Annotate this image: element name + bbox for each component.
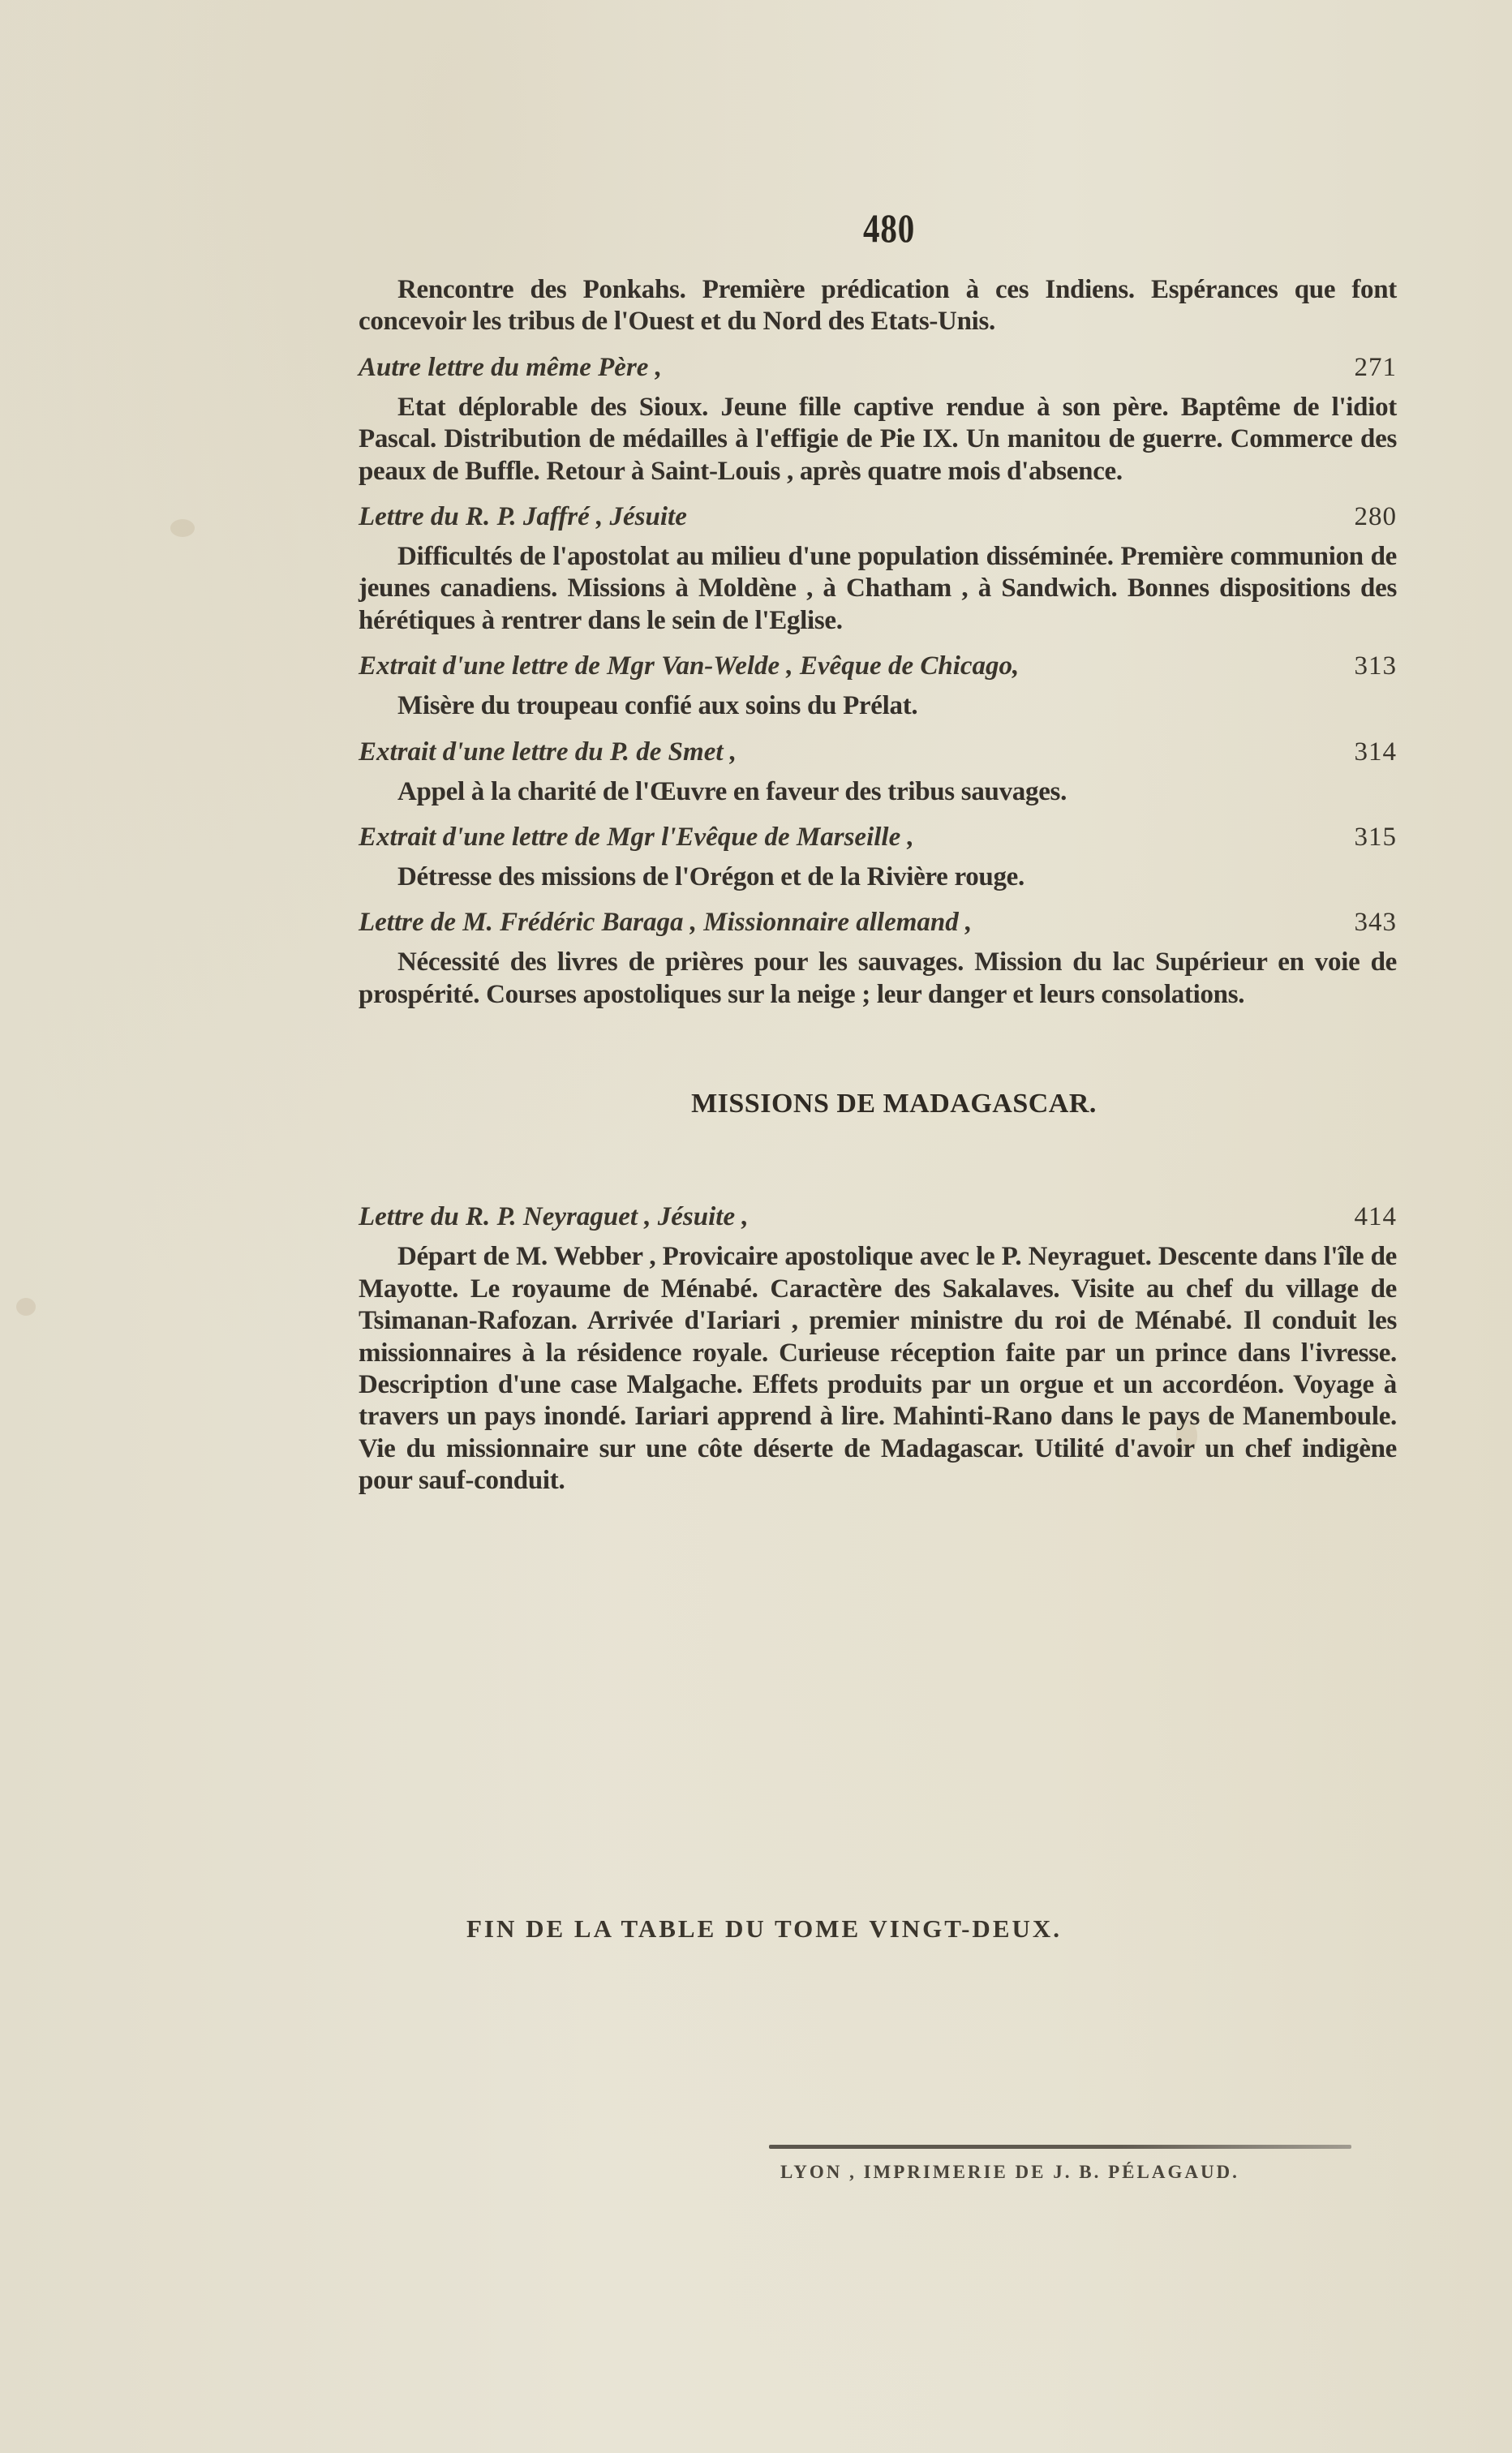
toc-summary: Misère du troupeau confié aux soins du P… bbox=[359, 690, 1397, 722]
toc-entry-title: Autre lettre du même Père , bbox=[359, 351, 662, 384]
toc-entry-page: 414 bbox=[1355, 1201, 1398, 1233]
toc-entry-title: Extrait d'une lettre de Mgr l'Evêque de … bbox=[359, 821, 914, 853]
toc-entry-title: Lettre de M. Frédéric Baraga , Missionna… bbox=[359, 906, 972, 939]
toc-entry-title: Lettre du R. P. Neyraguet , Jésuite , bbox=[359, 1201, 749, 1233]
toc-entry: Autre lettre du même Père , 271 bbox=[359, 351, 1397, 384]
toc-entry-title: Extrait d'une lettre de Mgr Van-Welde , … bbox=[359, 650, 1019, 682]
toc-entry: Lettre de M. Frédéric Baraga , Missionna… bbox=[359, 906, 1397, 939]
page-number-text: 480 bbox=[664, 204, 915, 251]
toc-entry: Extrait d'une lettre du P. de Smet , 314 bbox=[359, 736, 1397, 768]
toc-entry-page: 313 bbox=[1355, 650, 1398, 682]
toc-summary: Départ de M. Webber , Provicaire apostol… bbox=[359, 1241, 1397, 1497]
toc-entry: Lettre du R. P. Jaffré , Jésuite 280 bbox=[359, 500, 1397, 533]
paper-stain bbox=[16, 1298, 36, 1316]
toc-entry-page: 343 bbox=[1355, 906, 1398, 939]
toc-entry-title: Lettre du R. P. Jaffré , Jésuite bbox=[359, 500, 687, 533]
divider-rule bbox=[769, 2145, 1351, 2149]
toc-summary: Détresse des missions de l'Orégon et de … bbox=[359, 861, 1397, 893]
book-page: 480 Rencontre des Ponkahs. Première préd… bbox=[0, 0, 1512, 2453]
table-of-contents: Rencontre des Ponkahs. Première prédicat… bbox=[359, 274, 1397, 1502]
toc-entry-page: 280 bbox=[1355, 500, 1398, 533]
end-of-table-title: FIN DE LA TABLE DU TOME VINGT-DEUX. bbox=[0, 1914, 1512, 1944]
section-title: MISSIONS DE MADAGASCAR. bbox=[359, 1089, 1397, 1119]
toc-entry-page: 315 bbox=[1355, 821, 1398, 853]
toc-entry-page: 271 bbox=[1355, 351, 1398, 384]
page-number: 480 bbox=[170, 204, 1409, 251]
toc-summary: Rencontre des Ponkahs. Première prédicat… bbox=[359, 274, 1397, 338]
toc-entry: Extrait d'une lettre de Mgr Van-Welde , … bbox=[359, 650, 1397, 682]
printer-imprint: LYON , IMPRIMERIE DE J. B. PÉLAGAUD. bbox=[780, 2162, 1348, 2183]
toc-entry: Extrait d'une lettre de Mgr l'Evêque de … bbox=[359, 821, 1397, 853]
toc-summary: Appel à la charité de l'Œuvre en faveur … bbox=[359, 776, 1397, 808]
toc-entry-page: 314 bbox=[1355, 736, 1398, 768]
toc-summary: Difficultés de l'apostolat au milieu d'u… bbox=[359, 541, 1397, 637]
toc-entry: Lettre du R. P. Neyraguet , Jésuite , 41… bbox=[359, 1201, 1397, 1233]
toc-summary: Nécessité des livres de prières pour les… bbox=[359, 947, 1397, 1011]
toc-summary: Etat déplorable des Sioux. Jeune fille c… bbox=[359, 392, 1397, 488]
toc-entry-title: Extrait d'une lettre du P. de Smet , bbox=[359, 736, 737, 768]
paper-stain bbox=[170, 519, 195, 537]
